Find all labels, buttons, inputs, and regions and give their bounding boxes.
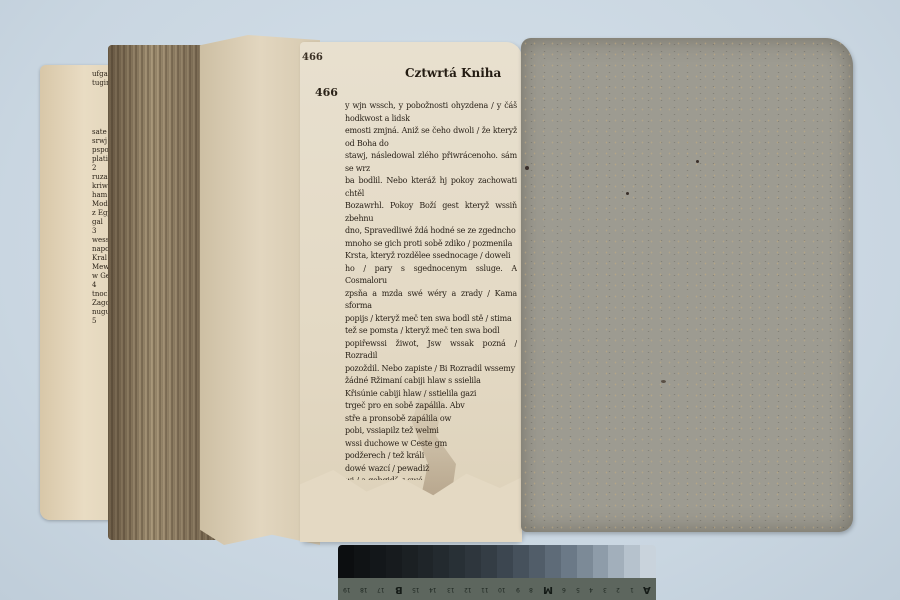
running-head: Cztwrtá Kniha [405, 66, 501, 80]
grey-scale-labels: 1918 17B 1514 1312 1110 98 M6 54 32 1A [338, 578, 656, 600]
stain-spot [525, 166, 529, 170]
page-number: 466 [315, 86, 338, 99]
grey-swatches [338, 545, 656, 578]
grey-scale-color-card: 1918 17B 1514 1312 1110 98 M6 54 32 1A [338, 545, 656, 600]
underlying-page-number: 466 [302, 52, 323, 63]
stain-spot [626, 192, 629, 195]
stain-spot [696, 160, 699, 163]
inner-board-cover [521, 38, 853, 532]
stain-spot [661, 380, 666, 383]
